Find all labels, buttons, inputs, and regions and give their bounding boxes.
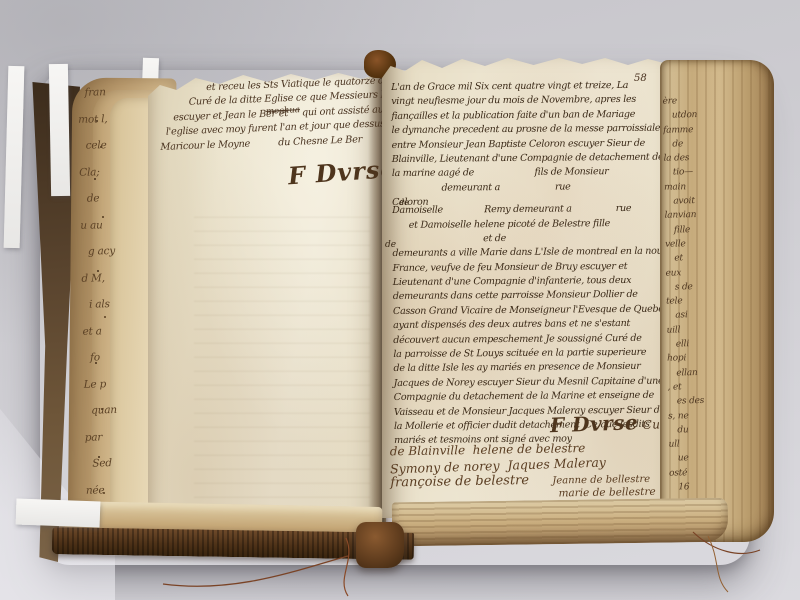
edge-fragment: Le p <box>84 377 157 405</box>
photo-of-open-manuscript-register: fran mot l, cele Cla; de u au g acy d M,… <box>0 0 800 600</box>
edge-fragment: utdon <box>663 110 733 126</box>
frayed-threads <box>108 506 768 598</box>
edge-fragment: eux <box>666 267 736 283</box>
edge-fragment: mot l, <box>78 112 151 140</box>
signature-name: F Dvrse <box>550 410 639 437</box>
edge-fragment: fran <box>77 85 150 113</box>
edge-fragment: fille <box>665 224 735 240</box>
edge-fragment: la des <box>664 153 734 169</box>
edge-fragment: de <box>663 138 733 154</box>
edge-fragment: uill <box>667 324 737 340</box>
inserted-word-de: de <box>399 198 409 207</box>
paper-strip <box>4 66 25 248</box>
edge-fragment: cele <box>79 138 152 166</box>
edge-fragment: fo <box>83 350 156 378</box>
edge-fragment: et a <box>82 324 155 352</box>
edge-fragment: elli <box>667 338 737 354</box>
witness-signature: marie de bellestre <box>558 486 655 500</box>
right-page-text: L'an de Grace mil Six cent quatre vingt … <box>391 80 670 450</box>
edge-fragment: velle <box>665 238 735 254</box>
right-edge-fragments: ère utdon famme de la des tio— main avoi… <box>663 95 740 496</box>
edge-fragment: s de <box>666 281 736 297</box>
witness-signatures: de Blainville helene de belestre Symony … <box>390 440 666 490</box>
edge-fragment: par <box>85 430 158 458</box>
edge-fragment: ull <box>669 438 739 454</box>
paper-strip <box>49 64 70 196</box>
edge-fragment: s, ne <box>668 410 738 426</box>
edge-fragment: es des <box>668 396 738 412</box>
edge-fragment: hopi <box>667 353 737 369</box>
edge-fragment: d M, <box>81 271 154 299</box>
edge-fragment: Sed <box>85 456 158 484</box>
witness-signature: Jeanne de bellestre <box>552 474 650 487</box>
left-page: et receu les Sts Viatique le quatorze du… <box>148 70 386 530</box>
edge-fragment: ellan <box>667 367 737 383</box>
ink-show-through <box>194 210 370 540</box>
edge-fragment: u au <box>80 218 153 246</box>
edge-fragment: lanvian <box>665 210 735 226</box>
right-page: 58 L'an de Grace mil Six cent quatre vin… <box>382 56 668 518</box>
edge-fragment: ue <box>669 453 739 469</box>
edge-fragment: main <box>664 181 734 197</box>
left-edge-fragments: fran mot l, cele Cla; de u au g acy d M,… <box>77 85 158 522</box>
edge-fragment: ère <box>663 95 733 111</box>
edge-fragment: i als <box>82 297 155 325</box>
edge-fragment: du <box>668 424 738 440</box>
paper-strip <box>16 499 101 528</box>
edge-fragment: g acy <box>81 244 154 272</box>
margin-word-de: de <box>385 240 396 250</box>
edge-fragment: avoit <box>664 195 734 211</box>
right-page-stack-edges: ère utdon famme de la des tio— main avoi… <box>660 60 774 542</box>
edge-fragment: 16 <box>669 481 739 496</box>
edge-fragment: et <box>665 253 735 269</box>
edge-fragment: de <box>80 191 153 219</box>
edge-fragment: osté <box>669 467 739 483</box>
edge-fragment: famme <box>663 124 733 140</box>
edge-fragment: quan <box>84 403 157 431</box>
edge-fragment: asi <box>666 310 736 326</box>
edge-fragment: tio— <box>664 167 734 183</box>
edge-fragment: tele <box>666 296 736 312</box>
edge-fragment: Cla; <box>79 165 152 193</box>
inserted-crossed-word: mochua <box>266 105 300 117</box>
edge-fragment: , et <box>668 381 738 397</box>
